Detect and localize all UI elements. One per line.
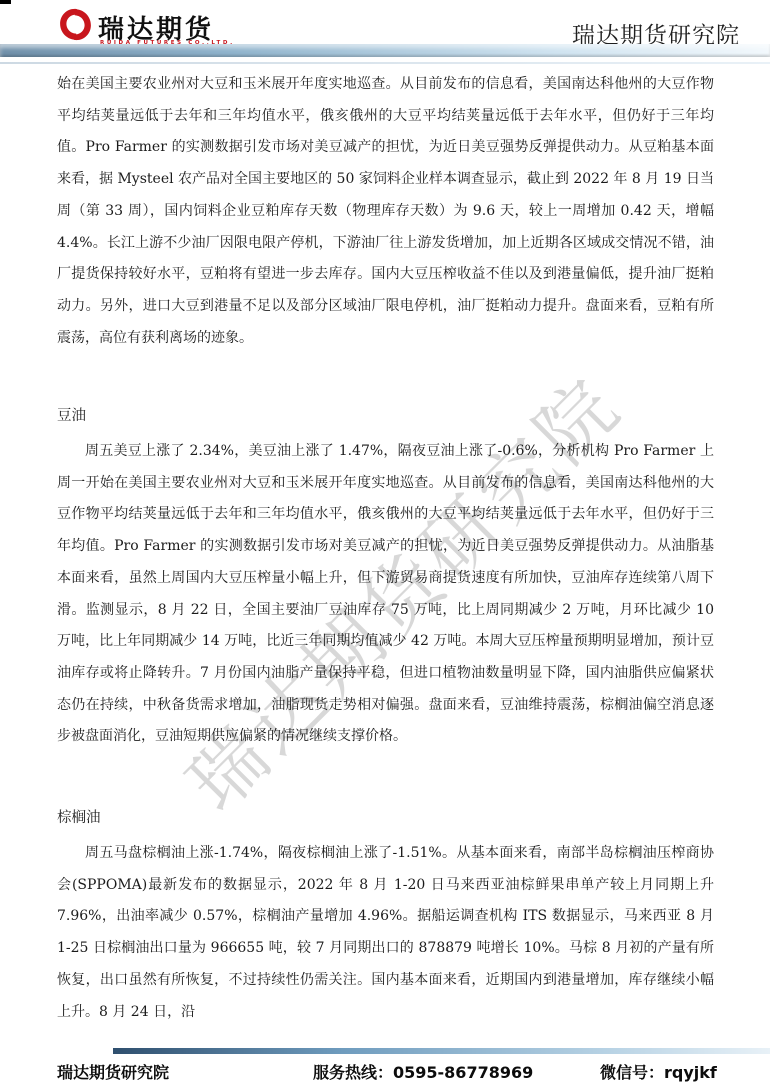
ruida-swirl-icon [58, 7, 93, 42]
header-divider-line [0, 62, 770, 64]
paragraph-soy-oil: 周五美豆上涨了 2.34%，美豆油上涨了 1.47%，隔夜豆油上涨了-0.6%，… [57, 436, 714, 753]
section-heading-palm-oil: 棕榈油 [57, 808, 101, 828]
paragraph-soymeal-continuation: 始在美国主要农业州对大豆和玉米展开年度实地巡查。从目前发布的信息看，美国南达科他… [57, 69, 714, 354]
header-divider-bar [0, 44, 770, 57]
report-page: 瑞达期货 RUIDA FUTURES CO.,LTD. 瑞达期货研究院 瑞达期货… [0, 0, 770, 1089]
footer-institute: 瑞达期货研究院 [57, 1060, 169, 1083]
footer-hotline: 服务热线：0595-86778969 [313, 1060, 533, 1083]
section-heading-soy-oil: 豆油 [57, 406, 86, 426]
footer-divider-bar [113, 1048, 770, 1054]
footer-wechat: 微信号：rqyjkf [600, 1060, 717, 1083]
paragraph-palm-oil: 周五马盘棕榈油上涨-1.74%，隔夜棕榈油上涨了-1.51%。从基本面来看，南部… [57, 838, 714, 1028]
corner-artifact [0, 0, 11, 4]
